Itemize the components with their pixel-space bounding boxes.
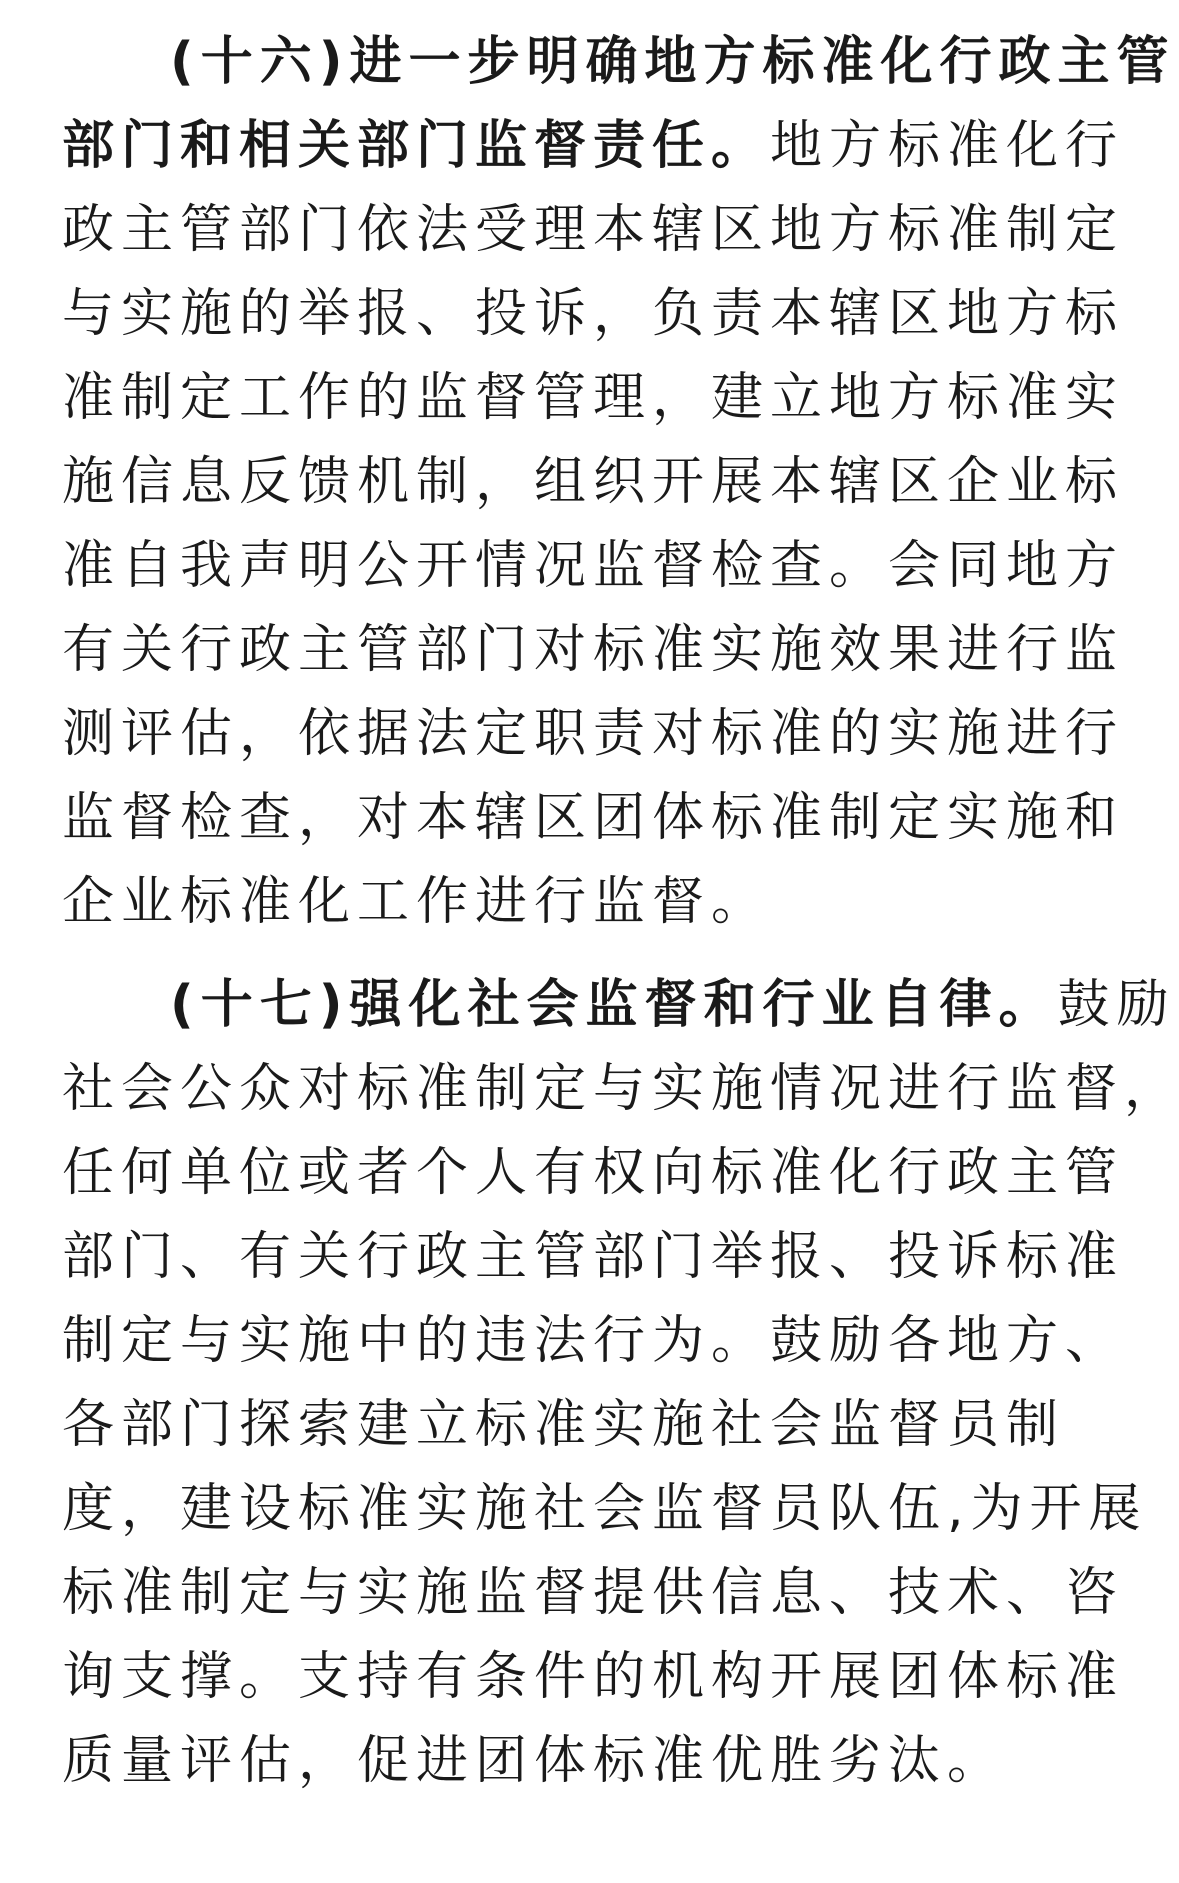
paragraph-text: 标准制定与实施监督提供信息、技术、咨 [62, 1563, 1124, 1623]
paragraph-line: 施信息反馈机制，组织开展本辖区企业标 [62, 440, 1124, 524]
paragraph-text: 有关行政主管部门对标准实施效果进行监 [62, 620, 1124, 680]
paragraph-text: 度，建设标准实施社会监督员队伍,为开展 [62, 1479, 1148, 1539]
paragraph-line: 准自我声明公开情况监督检查。会同地方 [62, 524, 1124, 608]
paragraph-text: 部门、有关行政主管部门举报、投诉标准 [62, 1227, 1124, 1287]
paragraph-heading: (十六)进一步明确地方标准化行政主管 [170, 32, 1176, 92]
paragraph-line: 度，建设标准实施社会监督员队伍,为开展 [62, 1467, 1148, 1551]
paragraph-line: (十六)进一步明确地方标准化行政主管 [170, 20, 1176, 104]
paragraph-text: 与实施的举报、投诉，负责本辖区地方标 [62, 284, 1124, 344]
paragraph-text: 任何单位或者个人有权向标准化行政主管 [62, 1143, 1124, 1203]
paragraph-text: 社会公众对标准制定与实施情况进行监督， [62, 1059, 1179, 1119]
paragraph-line: 标准制定与实施监督提供信息、技术、咨 [62, 1551, 1124, 1635]
paragraph-line: 与实施的举报、投诉，负责本辖区地方标 [62, 272, 1124, 356]
paragraph-text: 准自我声明公开情况监督检查。会同地方 [62, 536, 1124, 596]
paragraph-line: 有关行政主管部门对标准实施效果进行监 [62, 608, 1124, 692]
paragraph-text: 政主管部门依法受理本辖区地方标准制定 [62, 200, 1124, 260]
paragraph-line: 任何单位或者个人有权向标准化行政主管 [62, 1131, 1124, 1215]
paragraph-text: 质量评估，促进团体标准优胜劣汰。 [62, 1731, 1006, 1791]
paragraph-line: 准制定工作的监督管理，建立地方标准实 [62, 356, 1124, 440]
paragraph-text: 准制定工作的监督管理，建立地方标准实 [62, 368, 1124, 428]
paragraph-text: 企业标准化工作进行监督。 [62, 872, 770, 932]
paragraph-line: 询支撑。支持有条件的机构开展团体标准 [62, 1635, 1124, 1719]
paragraph-text: 询支撑。支持有条件的机构开展团体标准 [62, 1647, 1124, 1707]
paragraph-line: 监督检查，对本辖区团体标准制定实施和 [62, 776, 1124, 860]
paragraph-heading: 部门和相关部门监督责任。 [62, 116, 770, 176]
paragraph-text: 监督检查，对本辖区团体标准制定实施和 [62, 788, 1124, 848]
paragraph-line: 部门和相关部门监督责任。地方标准化行 [62, 104, 1124, 188]
paragraph-text: 鼓励 [1058, 975, 1176, 1035]
paragraph-line: 社会公众对标准制定与实施情况进行监督， [62, 1047, 1179, 1131]
paragraph-heading: (十七)强化社会监督和行业自律。 [170, 975, 1058, 1035]
paragraph-text: 制定与实施中的违法行为。鼓励各地方、 [62, 1311, 1124, 1371]
paragraph-line: (十七)强化社会监督和行业自律。鼓励 [170, 963, 1176, 1047]
paragraph-text: 地方标准化行 [770, 116, 1124, 176]
paragraph-line: 政主管部门依法受理本辖区地方标准制定 [62, 188, 1124, 272]
document-page: (十六)进一步明确地方标准化行政主管 部门和相关部门监督责任。地方标准化行 政主… [0, 0, 1179, 1883]
paragraph-text: 各部门探索建立标准实施社会监督员制 [62, 1395, 1065, 1455]
paragraph-text: 测评估，依据法定职责对标准的实施进行 [62, 704, 1124, 764]
paragraph-text: 施信息反馈机制，组织开展本辖区企业标 [62, 452, 1124, 512]
paragraph-line: 测评估，依据法定职责对标准的实施进行 [62, 692, 1124, 776]
paragraph-line: 企业标准化工作进行监督。 [62, 860, 770, 944]
paragraph-line: 质量评估，促进团体标准优胜劣汰。 [62, 1719, 1006, 1803]
paragraph-line: 部门、有关行政主管部门举报、投诉标准 [62, 1215, 1124, 1299]
paragraph-line: 各部门探索建立标准实施社会监督员制 [62, 1383, 1065, 1467]
paragraph-line: 制定与实施中的违法行为。鼓励各地方、 [62, 1299, 1124, 1383]
